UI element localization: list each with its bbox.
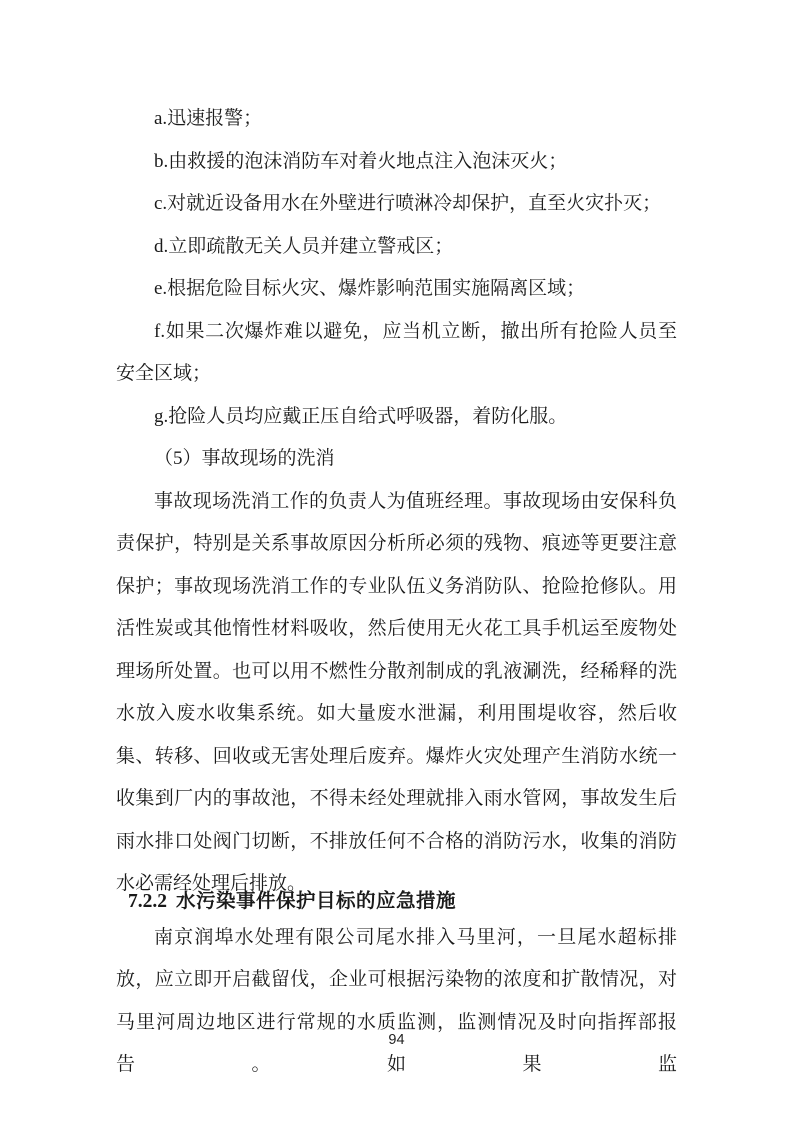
document-page: a.迅速报警； b.由救援的泡沫消防车对着火地点注入泡沫灭火； c.对就近设备用… (0, 0, 793, 1122)
paragraph-water-pollution: 南京润埠水处理有限公司尾水排入马里河，一旦尾水超标排放，应立即开启截留伐，企业可… (116, 917, 677, 1087)
section-heading-title: 水污染事件保护目标的应急措施 (176, 890, 456, 912)
list-item-c: c.对就近设备用水在外壁进行喷淋冷却保护，直至火灾扑灭； (116, 183, 677, 226)
page-footer: 94 (0, 1031, 793, 1049)
list-item-a: a.迅速报警； (116, 98, 677, 141)
page-content: a.迅速报警； b.由救援的泡沫消防车对着火地点注入泡沫灭火； c.对就近设备用… (116, 98, 677, 1087)
paragraph-decontamination: 事故现场洗消工作的负责人为值班经理。事故现场由安保科负责保护，特别是关系事故原因… (116, 481, 677, 906)
list-item-b: b.由救援的泡沫消防车对着火地点注入泡沫灭火； (116, 141, 677, 184)
list-item-f: f.如果二次爆炸难以避免，应当机立断，撤出所有抢险人员至安全区域； (116, 311, 677, 396)
sub-item-5-title: （5）事故现场的洗消 (116, 438, 677, 481)
section-heading-7-2-2: 7.2.2水污染事件保护目标的应急措施 (116, 886, 677, 917)
list-item-g: g.抢险人员均应戴正压自给式呼吸器，着防化服。 (116, 396, 677, 439)
list-item-e: e.根据危险目标火灾、爆炸影响范围实施隔离区域； (116, 268, 677, 311)
page-number: 94 (388, 1032, 404, 1048)
section-heading-number: 7.2.2 (128, 891, 167, 912)
list-item-d: d.立即疏散无关人员并建立警戒区； (116, 226, 677, 269)
